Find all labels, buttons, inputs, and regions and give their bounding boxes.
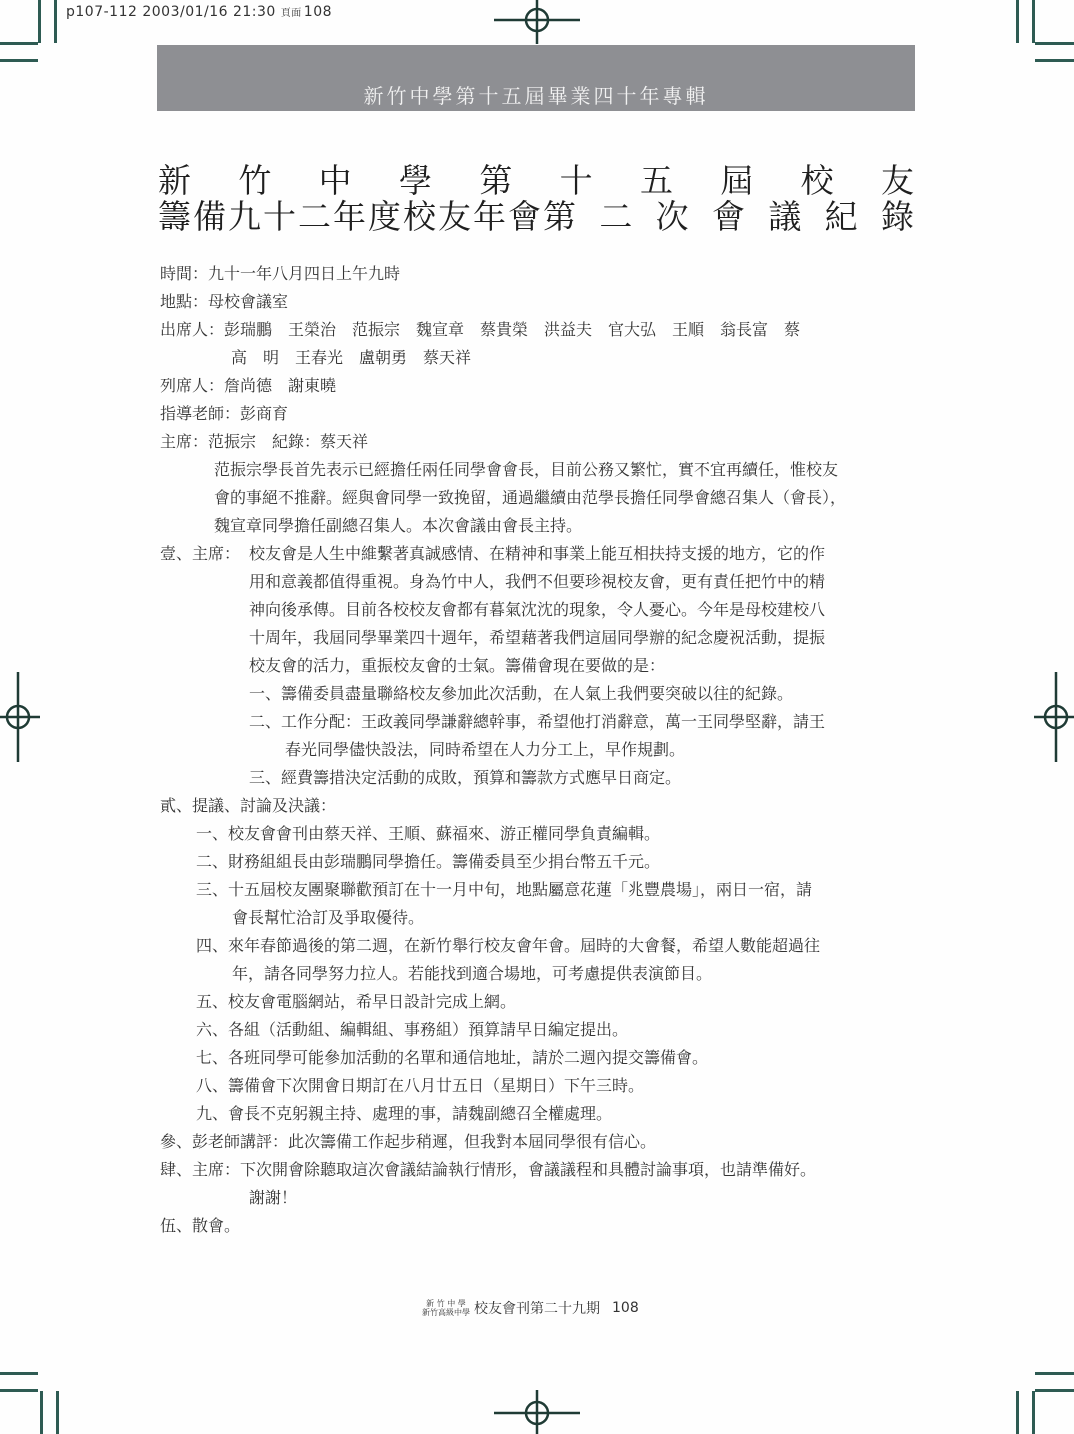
title-char: 備 <box>193 198 226 236</box>
footer-page-number: 108 <box>612 1300 639 1316</box>
title-char: 年 <box>473 198 506 236</box>
slug-file: p107-112 <box>66 4 137 20</box>
slug-page-number: 108 <box>304 4 332 20</box>
section-1-line: 校友會是人生中維繫著真誠感情、在精神和事業上能互相扶持支援的地方，它的作 <box>249 540 825 568</box>
attendees-line-2: 高 明 王春光 盧朝勇 蔡天祥 <box>231 344 471 372</box>
section-2-item: 八、籌備會下次開會日期訂在八月廿五日（星期日）下午三時。 <box>196 1072 644 1100</box>
section-1-heading: 壹、主席： <box>160 540 240 568</box>
section-2-item: 四、來年春節過後的第二週，在新竹舉行校友會年會。屆時的大會餐，希望人數能超過往 <box>196 932 820 960</box>
header-band: 新竹中學第十五屆畢業四十年專輯 <box>157 45 915 111</box>
title-char: 次 <box>656 198 689 236</box>
section-1-line: 校友會的活力，重振校友會的士氣。籌備會現在要做的是： <box>249 652 665 680</box>
crop-mark-tl-h2 <box>0 59 38 62</box>
publication-name: 校友會刊第二十九期 <box>474 1298 600 1318</box>
title-char: 度 <box>368 198 401 236</box>
section-2-item: 三、十五屆校友團聚聯歡預訂在十一月中旬，地點屬意花蓮「兆豐農場」，兩日一宿，請 <box>196 876 812 904</box>
title-char: 校 <box>801 162 834 200</box>
registration-mark-left-icon <box>0 672 40 762</box>
section-3: 參、彭老師講評：此次籌備工作起步稍遲，但我對本屆同學很有信心。 <box>160 1128 656 1156</box>
title-char: 中 <box>319 162 352 200</box>
section-2-item-cont: 年，請各同學努力拉人。若能找到適合場地，可考慮提供表演節目。 <box>232 960 712 988</box>
crop-mark-br-v1 <box>1016 1391 1019 1434</box>
crop-mark-br-h2 <box>1035 1389 1074 1392</box>
observers: 列席人：詹尚德 謝東曉 <box>160 372 336 400</box>
section-1-item: 三、經費籌措決定活動的成敗，預算和籌款方式應早日商定。 <box>249 764 681 792</box>
title-char: 第 <box>543 198 576 236</box>
attendees-line-1: 出席人：彭瑞鵬 王榮治 范振宗 魏宣章 蔡貴榮 洪益夫 官大弘 王順 翁長富 蔡 <box>160 316 800 344</box>
intro-line: 會的事絕不推辭。經與會同學一致挽留，通過繼續由范學長擔任同學會總召集人（會長）， <box>214 484 846 512</box>
document-title-line-2: 籌 備 九 十 二 年 度 校 友 年 會 第 二 次 會 議 紀 錄 <box>158 198 914 236</box>
section-5: 伍、散會。 <box>160 1212 240 1240</box>
section-1-line: 神向後承傳。目前各校校友會都有暮氣沈沈的現象，令人憂心。今年是母校建校八 <box>249 596 825 624</box>
registration-mark-top-icon <box>494 0 580 44</box>
logo-bottom: 新竹高級中學 <box>422 1308 470 1317</box>
logo-top: 新 竹 中 學 <box>422 1299 470 1308</box>
slug-datetime: 2003/01/16 21:30 <box>142 4 276 20</box>
crop-mark-tl-v2 <box>54 0 57 43</box>
title-char: 二 <box>599 198 632 236</box>
slug-page-label: 頁面 <box>281 8 302 19</box>
title-char: 二 <box>298 198 331 236</box>
crop-mark-tr-v2 <box>1032 0 1035 43</box>
advisor: 指導老師：彭商育 <box>160 400 288 428</box>
title-char: 校 <box>403 198 436 236</box>
crop-mark-tl-v1 <box>38 0 41 43</box>
title-char: 五 <box>640 162 673 200</box>
section-2-heading: 貳、提議、討論及決議： <box>160 792 336 820</box>
crop-mark-tl-h1 <box>0 42 38 45</box>
title-char: 議 <box>768 198 801 236</box>
crop-mark-bl-h2 <box>0 1389 38 1392</box>
meeting-place: 地點：母校會議室 <box>160 288 288 316</box>
crop-mark-bl-v1 <box>40 1391 43 1434</box>
crop-mark-tr-h2 <box>1035 59 1074 62</box>
section-2-item-cont: 會長幫忙洽訂及爭取優待。 <box>232 904 424 932</box>
crop-mark-tr-v1 <box>1016 0 1019 43</box>
title-char: 學 <box>399 162 432 200</box>
section-1-item-cont: 春光同學儘快設法，同時希望在人力分工上，早作規劃。 <box>285 736 685 764</box>
title-char: 會 <box>712 198 745 236</box>
page-footer: 新 竹 中 學 新竹高級中學 校友會刊第二十九期 108 <box>422 1298 639 1318</box>
title-char: 九 <box>228 198 261 236</box>
title-char: 十 <box>263 198 296 236</box>
document-title-line-1: 新 竹 中 學 第 十 五 屆 校 友 <box>158 162 914 200</box>
print-slug: p107-112 2003/01/16 21:30 頁面108 <box>66 4 332 20</box>
title-char: 錄 <box>881 198 914 236</box>
section-2-item: 七、各班同學可能參加活動的名單和通信地址，請於二週內提交籌備會。 <box>196 1044 708 1072</box>
section-2-item: 九、會長不克躬親主持、處理的事，請魏副總召全權處理。 <box>196 1100 612 1128</box>
school-logo-text: 新 竹 中 學 新竹高級中學 <box>422 1299 470 1317</box>
title-char: 友 <box>881 162 914 200</box>
title-char: 十 <box>560 162 593 200</box>
section-1-item: 二、工作分配：王政義同學謙辭總幹事，希望他打消辭意，萬一王同學堅辭，請王 <box>249 708 825 736</box>
header-band-title: 新竹中學第十五屆畢業四十年專輯 <box>157 80 915 109</box>
title-char: 竹 <box>238 162 271 200</box>
title-char: 第 <box>479 162 512 200</box>
section-2-item: 二、財務組組長由彭瑞鵬同學擔任。籌備委員至少捐台幣五千元。 <box>196 848 660 876</box>
intro-line: 魏宣章同學擔任副總召集人。本次會議由會長主持。 <box>214 512 582 540</box>
title-char: 新 <box>158 162 191 200</box>
crop-mark-br-h1 <box>1035 1372 1074 1375</box>
crop-mark-bl-h1 <box>0 1372 38 1375</box>
title-char: 屆 <box>720 162 753 200</box>
intro-line: 范振宗學長首先表示已經擔任兩任同學會會長，目前公務又繁忙，實不宜再續任，惟校友 <box>214 456 838 484</box>
title-char: 友 <box>438 198 471 236</box>
title-char: 紀 <box>825 198 858 236</box>
crop-mark-tr-h1 <box>1035 42 1074 45</box>
section-4-line-2: 謝謝！ <box>249 1184 297 1212</box>
section-2-item: 一、校友會會刊由蔡天祥、王順、蘇福來、游正權同學負責編輯。 <box>196 820 660 848</box>
meeting-time: 時間：九十一年八月四日上午九時 <box>160 260 400 288</box>
title-char: 年 <box>333 198 366 236</box>
title-char: 會 <box>508 198 541 236</box>
section-2-item: 六、各組（活動組、編輯組、事務組）預算請早日編定提出。 <box>196 1016 628 1044</box>
title-char: 籌 <box>158 198 191 236</box>
crop-mark-bl-v2 <box>56 1391 59 1434</box>
section-4-line-1: 肆、主席：下次開會除聽取這次會議結論執行情形，會議議程和具體討論事項，也請準備好… <box>160 1156 816 1184</box>
section-1-line: 用和意義都值得重視。身為竹中人，我們不但要珍視校友會，更有責任把竹中的精 <box>249 568 825 596</box>
section-1-line: 十周年，我屆同學畢業四十週年，希望藉著我們這屆同學辦的紀念慶祝活動，提振 <box>249 624 825 652</box>
registration-mark-right-icon <box>1034 672 1074 762</box>
chair-recorder: 主席：范振宗 紀錄：蔡天祥 <box>160 428 368 456</box>
section-2-item: 五、校友會電腦網站，希早日設計完成上網。 <box>196 988 516 1016</box>
registration-mark-bottom-icon <box>494 1390 580 1434</box>
crop-mark-br-v2 <box>1032 1391 1035 1434</box>
section-1-item: 一、籌備委員盡量聯絡校友參加此次活動，在人氣上我們要突破以往的紀錄。 <box>249 680 793 708</box>
